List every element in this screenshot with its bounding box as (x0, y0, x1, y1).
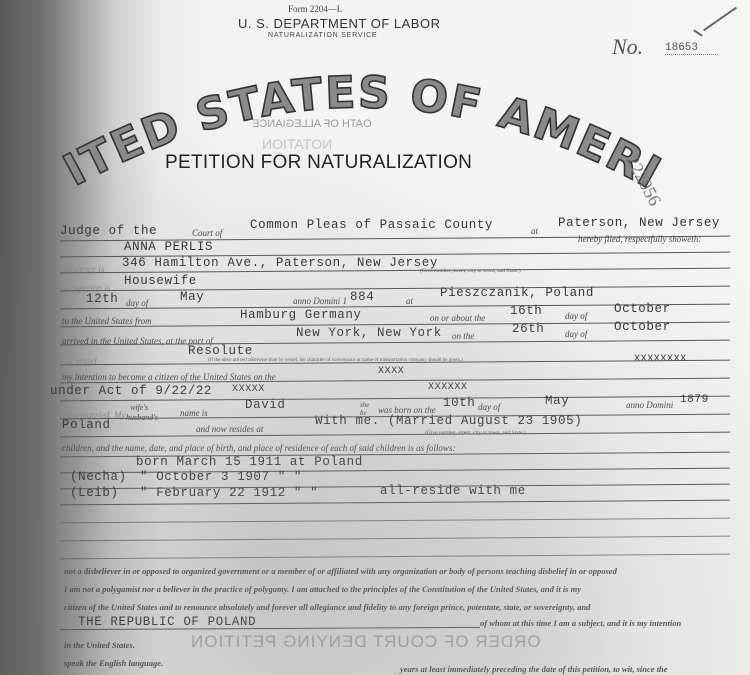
spouse-residence-line (60, 432, 730, 438)
emigration-from-label: to the United States from (62, 316, 152, 326)
blank-line-1 (60, 518, 730, 524)
arrival-on-label: on the (452, 331, 474, 341)
emigration-from: Hamburg Germany (240, 308, 362, 322)
petitioner-name: ANNA PERLIS (124, 240, 213, 254)
emigration-day: 16th (510, 304, 542, 318)
emigration-day-of-label: day of (565, 311, 587, 321)
children-line-3 (60, 500, 730, 506)
emigration-on-label: on or about the (430, 313, 485, 323)
child-3-name: (Leib) (70, 486, 119, 500)
arrival-day: 26th (512, 322, 544, 336)
court-name: Common Pleas of Passaic County (250, 218, 493, 232)
declaration-line-4: of whom at this time I am a subject, and… (480, 618, 681, 628)
check-mark-icon-tick (693, 29, 702, 36)
blank-line-2 (60, 536, 730, 542)
children-note: all-reside with me (380, 484, 526, 498)
spouse-birth-year: 1879 (680, 394, 709, 406)
court-location: Paterson, New Jersey (558, 216, 720, 230)
petition-number-label: No. (612, 34, 643, 60)
declaration-line-2: I am not a polygamist nor a believer in … (64, 584, 581, 594)
birth-year: 884 (350, 290, 374, 304)
spouse-birthplace: Poland (62, 418, 111, 432)
spouse-birth-month: May (545, 394, 569, 408)
court-of-label: Court of (192, 228, 222, 238)
court-prefix: Judge of the (60, 224, 157, 238)
spouse-anno-label: anno Domini (626, 400, 673, 410)
vessel-name: Resolute (188, 344, 253, 358)
spouse-residence: With me. (Married August 23 1905) (315, 414, 582, 428)
form-number: Form 2204—L (288, 4, 342, 14)
united-states-banner: UNITED STATES OF AMERICA (40, 60, 680, 200)
arrival-port: New York, New York (296, 326, 442, 340)
declaration-line-6: speak the English language. (64, 658, 163, 668)
birth-day-of-label: day of (126, 298, 148, 308)
occupation-value: Housewife (124, 274, 197, 288)
blank-line-3 (60, 554, 730, 560)
children-label: children, and the name, date, and place … (62, 443, 455, 453)
intention-struck-2: XXXXX (232, 384, 265, 395)
spouse-resides-label: and now resides at (196, 424, 263, 434)
residence-value: 346 Hamilton Ave., Paterson, New Jersey (122, 256, 438, 270)
emigration-month: October (614, 302, 671, 316)
intention-struck-3: XXXXXX (428, 382, 468, 393)
declaration-line-1: not a disbeliever in or opposed to organ… (64, 566, 617, 576)
declaration-line-5: in the United States. (64, 640, 135, 650)
birth-month: May (180, 290, 204, 304)
intention-act: under Act of 9/22/22 (50, 384, 212, 398)
filed-label: hereby filed, respectfully showeth: (578, 234, 701, 244)
petition-number-value: 18653 (665, 42, 716, 55)
arrival-month: October (614, 320, 671, 334)
birth-at-label: at (406, 296, 413, 306)
ghost-stamp: ORDER OF COURT DENYING PETITION (190, 632, 541, 652)
department-heading: U. S. DEPARTMENT OF LABOR (238, 16, 440, 31)
birth-place: Pieszczanik, Poland (440, 286, 594, 300)
wife-label: wife's (130, 403, 148, 412)
declaration-line-7: years at least immediately preceding the… (400, 664, 668, 674)
service-heading: NATURALIZATION SERVICE (268, 32, 377, 39)
birth-day: 12th (86, 292, 118, 306)
check-mark-icon (703, 7, 737, 32)
child-2-name: (Necha) (70, 470, 127, 484)
declaration-line-3: citizen of the United States and to reno… (64, 602, 590, 612)
spouse-day-of-label: day of (478, 402, 500, 412)
arrival-day-of-label: day of (565, 329, 587, 339)
child-2-text: " October 3 1907 " " (140, 470, 302, 484)
at-label: at (531, 226, 538, 236)
spouse-birth-day: 10th (443, 396, 475, 410)
mirrored-stamp-oath: OATH OF ALLEGIANCE (252, 118, 372, 130)
naturalization-petition-document: Form 2204—L U. S. DEPARTMENT OF LABOR NA… (0, 0, 750, 675)
she-label: she (360, 401, 369, 409)
child-3-text: " February 22 1912 " " (140, 486, 318, 500)
mirrored-stamp-notation: NOTATION (262, 136, 332, 152)
birth-anno-label: anno Domini 1 (293, 296, 347, 306)
child-1-text: born March 15 1911 at Poland (136, 455, 363, 469)
spouse-name: David (245, 398, 286, 412)
page-title: PETITION FOR NATURALIZATION (165, 152, 472, 174)
renounced-country: THE REPUBLIC OF POLAND (78, 615, 256, 629)
intention-struck: XXXX (378, 366, 404, 377)
